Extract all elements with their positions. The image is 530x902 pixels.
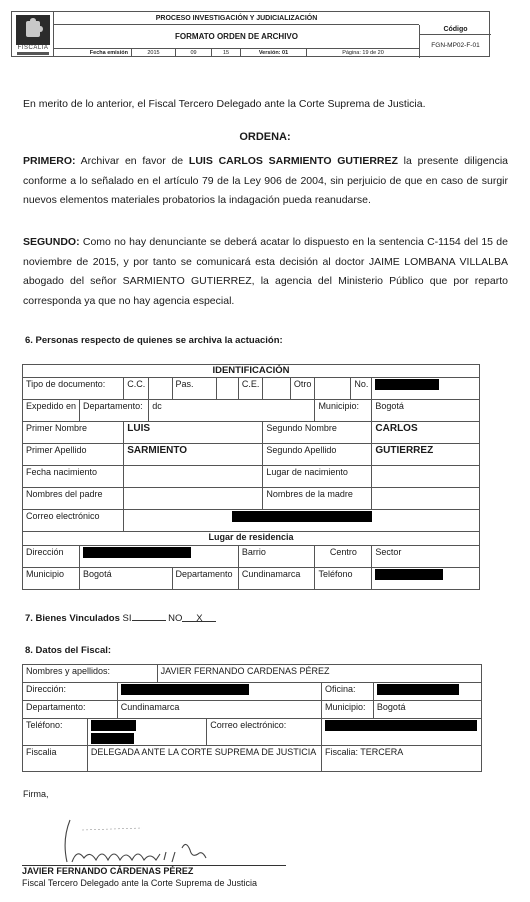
no-label: NO (168, 613, 182, 624)
telefono-label: Teléfono (315, 568, 372, 590)
primer-apellido-label: Primer Apellido (23, 444, 124, 466)
document-number-redacted (372, 378, 480, 400)
oficina-label: Oficina: (321, 683, 373, 701)
oficina-redacted (373, 683, 481, 701)
emission-day: 15 (212, 49, 241, 57)
cc-label: C.C. (124, 378, 149, 400)
lugar-nacimiento-label: Lugar de nacimiento (263, 466, 372, 488)
code-value: FGN-MP02-F-01 (420, 35, 491, 57)
segundo-apellido-value: GUTIERREZ (372, 444, 480, 466)
padre-value (124, 488, 263, 510)
fiscal-telefono-redacted (87, 719, 206, 746)
res-municipio-value: Bogotá (80, 568, 172, 590)
primer-apellido-value: SARMIENTO (124, 444, 263, 466)
signer-name: JAVIER FERNANDO CÁRDENAS PÉREZ (22, 866, 193, 876)
direccion-label: Dirección (23, 546, 80, 568)
municipio-value: Bogotá (372, 400, 480, 422)
segundo-paragraph: SEGUNDO: Como no hay denunciante se debe… (23, 233, 508, 311)
no-label: No. (351, 378, 372, 400)
section-8-title: 8. Datos del Fiscal: (25, 645, 111, 656)
handwritten-signature (22, 810, 286, 865)
puzzle-icon (16, 15, 50, 45)
primer-nombre-value: LUIS (124, 422, 263, 444)
version: Versión: 01 (241, 49, 307, 57)
bienes-label: 7. Bienes Vinculados (25, 613, 120, 624)
identification-table: IDENTIFICACIÓN Tipo de documento: C.C. P… (22, 364, 480, 590)
fecha-nacimiento-label: Fecha nacimiento (23, 466, 124, 488)
cc-checkbox (149, 378, 172, 400)
residencia-heading: Lugar de residencia (23, 532, 480, 546)
segundo-label: SEGUNDO: (23, 236, 80, 248)
document-header: FISCALÍA PROCESO INVESTIGACIÓN Y JUDICIA… (11, 11, 490, 57)
primero-paragraph: PRIMERO: Archivar en favor de LUIS CARLO… (23, 152, 508, 211)
pas-label: Pas. (172, 378, 217, 400)
madre-value (372, 488, 480, 510)
fiscal-direccion-label: Dirección: (23, 683, 118, 701)
otro-checkbox (315, 378, 351, 400)
fiscal-nombres-label: Nombres y apellidos: (23, 665, 158, 683)
emission-row: Fecha emisión 2015 09 15 Versión: 01 Pág… (54, 48, 419, 57)
fiscal-telefono-label: Teléfono: (23, 719, 88, 746)
fiscal-correo-label: Correo electrónico: (207, 719, 322, 746)
process-title: PROCESO INVESTIGACIÓN Y JUDICIALIZACIÓN (54, 12, 419, 25)
municipio-label: Municipio: (315, 400, 372, 422)
padre-label: Nombres del padre (23, 488, 124, 510)
fiscal-departamento-label: Departamento: (23, 701, 118, 719)
madre-label: Nombres de la madre (263, 488, 372, 510)
ordena-heading: ORDENA: (0, 131, 530, 143)
fiscal-correo-redacted (321, 719, 481, 746)
firma-label: Firma, (23, 789, 49, 799)
emission-month: 09 (176, 49, 212, 57)
barrio-label: Barrio (238, 546, 315, 568)
departamento-label: Departamento: (80, 400, 149, 422)
fiscal-direccion-redacted (117, 683, 321, 701)
si-label: SI (123, 613, 132, 624)
emission-label: Fecha emisión (54, 49, 132, 57)
lugar-nacimiento-value (372, 466, 480, 488)
centro-label: Centro (315, 546, 372, 568)
fecha-nacimiento-value (124, 466, 263, 488)
fiscal-municipio-label: Municipio: (321, 701, 373, 719)
fiscal-nombres-value: JAVIER FERNANDO CARDENAS PÉREZ (157, 665, 481, 683)
res-departamento-value: Cundinamarca (238, 568, 315, 590)
correo-redacted (124, 510, 480, 532)
bienes-vinculados: 7. Bienes Vinculados SI NOX (25, 612, 216, 624)
ce-checkbox (263, 378, 291, 400)
fiscalia-value: DELEGADA ANTE LA CORTE SUPREMA DE JUSTIC… (87, 746, 321, 772)
telefono-redacted (372, 568, 480, 590)
sector-label: Sector (372, 546, 480, 568)
logo-label: FISCALÍA (13, 45, 53, 51)
intro-paragraph: En merito de lo anterior, el Fiscal Terc… (23, 95, 508, 115)
res-municipio-label: Municipio (23, 568, 80, 590)
primer-nombre-label: Primer Nombre (23, 422, 124, 444)
ce-label: C.E. (238, 378, 263, 400)
fiscalia-number: Fiscalia: TERCERA (321, 746, 481, 772)
section-6-title: 6. Personas respecto de quienes se archi… (25, 335, 283, 346)
primero-label: PRIMERO: (23, 155, 76, 167)
otro-label: Otro (290, 378, 315, 400)
segundo-nombre-label: Segundo Nombre (263, 422, 372, 444)
departamento-value: dc (149, 400, 315, 422)
identificacion-heading: IDENTIFICACIÓN (23, 365, 480, 378)
page-number: Página: 19 de 20 (307, 49, 419, 57)
res-departamento-label: Departamento (172, 568, 238, 590)
correo-label: Correo electrónico (23, 510, 124, 532)
no-field: X (182, 613, 216, 622)
code-box: Código FGN-MP02-F-01 (419, 25, 491, 58)
segundo-nombre-value: CARLOS (372, 422, 480, 444)
format-title: FORMATO ORDEN DE ARCHIVO (54, 25, 419, 48)
fiscal-departamento-value: Cundinamarca (117, 701, 321, 719)
code-label: Código (420, 25, 491, 35)
fiscalia-logo: FISCALÍA (12, 12, 54, 57)
signer-role: Fiscal Tercero Delegado ante la Corte Su… (22, 878, 257, 888)
tipo-doc-label: Tipo de documento: (23, 378, 124, 400)
direccion-redacted (80, 546, 239, 568)
fiscal-municipio-value: Bogotá (373, 701, 481, 719)
si-field (132, 612, 166, 621)
fiscalia-label: Fiscalia (23, 746, 88, 772)
beneficiary-name: LUIS CARLOS SARMIENTO GUTIERREZ (189, 155, 398, 167)
pas-checkbox (217, 378, 239, 400)
fiscal-table: Nombres y apellidos: JAVIER FERNANDO CAR… (22, 664, 482, 772)
segundo-apellido-label: Segundo Apellido (263, 444, 372, 466)
emission-year: 2015 (132, 49, 176, 57)
expedido-label: Expedido en (23, 400, 80, 422)
